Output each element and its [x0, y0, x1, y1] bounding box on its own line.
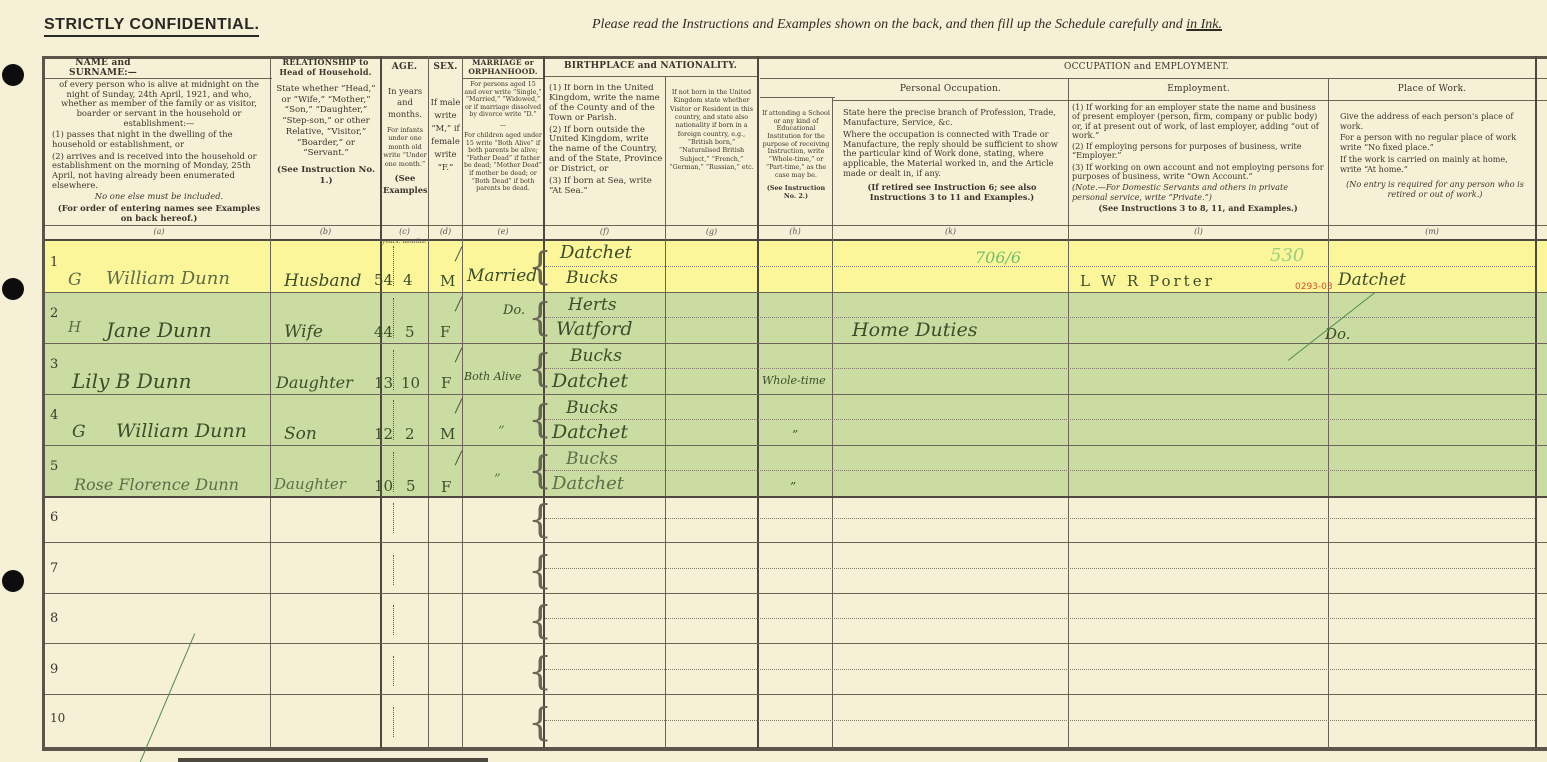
row-number: 9 — [50, 662, 58, 677]
row-divider — [45, 394, 1547, 395]
form-instruction: Please read the Instructions and Example… — [592, 17, 1222, 33]
marital-status: Married — [467, 266, 537, 286]
column-letter: (k) — [833, 227, 1068, 236]
marital-status: ” — [494, 472, 501, 487]
birthplace-town: Datchet — [552, 421, 628, 443]
age-years: 44 — [374, 323, 393, 341]
age-separator — [393, 656, 394, 686]
age-separator — [393, 452, 394, 492]
divider — [462, 56, 463, 748]
form-title: STRICTLY CONFIDENTIAL. — [44, 16, 259, 37]
column-instructions-employment: (1) If working for an employer state the… — [1072, 103, 1324, 224]
punch-hole — [2, 278, 24, 300]
marital-status: Do. — [503, 303, 525, 318]
birthplace-county: Herts — [568, 295, 617, 315]
row-number: 3 — [50, 357, 58, 372]
row-divider — [45, 496, 1547, 498]
column-header-age: AGE. — [381, 57, 428, 78]
school-attendance: Whole-time — [762, 374, 826, 387]
divider — [757, 56, 759, 748]
occupation-code: 706/6 — [975, 248, 1021, 267]
age-months: 5 — [405, 323, 415, 341]
relationship: Daughter — [276, 373, 353, 392]
marital-status: ” — [498, 424, 505, 439]
row-number: 8 — [50, 611, 58, 626]
row-subdivider — [545, 317, 1535, 318]
divider — [380, 56, 382, 748]
divider — [45, 78, 272, 79]
person-name: William Dunn — [116, 420, 247, 442]
person-name: Lily B Dunn — [72, 369, 191, 393]
column-letter: (m) — [1329, 227, 1535, 236]
relationship: Husband — [284, 271, 361, 291]
place-of-work: Datchet — [1338, 270, 1406, 290]
column-instructions-nationality: If not born in the United Kingdom state … — [667, 88, 756, 224]
row-divider — [45, 593, 1547, 594]
punch-hole — [2, 570, 24, 592]
relationship: Daughter — [274, 475, 346, 493]
age-months: 5 — [406, 477, 416, 495]
age-years: 13 — [374, 374, 393, 392]
school-attendance: ” — [792, 428, 798, 442]
column-letter: (l) — [1069, 227, 1328, 236]
divider — [1535, 56, 1537, 748]
row-number: 2 — [50, 306, 58, 321]
column-header-sex: SEX. — [429, 57, 462, 78]
column-letter: (c) — [381, 227, 428, 236]
column-letter: (d) — [429, 227, 462, 236]
sex: F — [441, 374, 451, 392]
name-prefix-mark: G — [72, 422, 86, 442]
column-header-relationship: RELATIONSHIP to Head of Household. — [271, 57, 380, 78]
column-header-marriage: MARRIAGE or ORPHANHOOD. — [463, 57, 543, 78]
brace: { — [528, 601, 552, 639]
age-years: 10 — [374, 477, 393, 495]
row-subdivider — [545, 518, 1535, 519]
column-instructions-marriage: For persons aged 15 and over write “Sing… — [464, 81, 542, 224]
divider — [178, 758, 488, 762]
row-divider — [45, 445, 1547, 446]
sex: M — [440, 425, 455, 443]
birthplace-county: Bucks — [566, 268, 618, 288]
brace: { — [528, 703, 552, 741]
marital-status: Both Alive — [464, 370, 521, 383]
column-letter: (h) — [758, 227, 832, 236]
column-instructions-relationship: State whether “Head,” or “Wife,” “Mother… — [274, 84, 378, 224]
age-months: 4 — [403, 271, 413, 289]
row-subdivider — [545, 266, 1535, 267]
divider — [462, 78, 545, 79]
relationship: Wife — [284, 322, 323, 342]
column-letter: (g) — [666, 227, 757, 236]
row-subdivider — [545, 618, 1535, 619]
row-number: 6 — [50, 510, 58, 525]
column-letter: (f) — [544, 227, 665, 236]
row-number: 4 — [50, 408, 58, 423]
divider — [1068, 78, 1069, 748]
birthplace-town: Datchet — [552, 473, 624, 494]
age-separator — [393, 503, 394, 533]
brace: { — [528, 500, 552, 538]
person-name: Jane Dunn — [106, 318, 212, 342]
sex: F — [440, 323, 450, 341]
column-header-employment: Employment. — [1069, 79, 1328, 100]
birthplace-town: Datchet — [552, 370, 628, 392]
divider — [1328, 78, 1329, 748]
person-name: William Dunn — [106, 268, 230, 289]
divider — [832, 100, 1547, 101]
sex: F — [441, 478, 451, 496]
row-number: 5 — [50, 459, 58, 474]
person-name: Rose Florence Dunn — [74, 475, 239, 494]
divider — [270, 56, 271, 748]
age-separator — [393, 707, 394, 737]
age-months: 2 — [405, 425, 415, 443]
row-divider — [45, 343, 1547, 344]
birthplace-county: Bucks — [570, 346, 622, 366]
column-instructions-birthplace-uk: (1) If born in the United Kingdom, write… — [549, 84, 663, 224]
column-header-name: NAME and SURNAME:— — [46, 58, 146, 78]
employer: L W R Porter — [1080, 272, 1215, 290]
name-prefix-mark: G — [68, 270, 82, 290]
age-separator — [393, 555, 394, 585]
row-number: 7 — [50, 561, 58, 576]
column-instructions-place-of-work: Give the address of each person's place … — [1340, 112, 1530, 224]
age-separator — [393, 400, 394, 440]
row-subdivider — [545, 419, 1535, 420]
age-years: 54 — [374, 271, 393, 289]
age-years: 12 — [374, 425, 393, 443]
brace: { — [528, 451, 552, 489]
divider — [42, 748, 1547, 751]
age-subheader: years. months. — [382, 238, 427, 245]
row-subdivider — [545, 470, 1535, 471]
employment-code: 530 — [1270, 245, 1304, 266]
row-divider — [45, 643, 1547, 644]
column-letter: (b) — [271, 227, 380, 236]
birthplace-town: Datchet — [560, 242, 632, 263]
divider — [545, 76, 759, 77]
birthplace-county: Bucks — [566, 449, 618, 469]
age-months: 10 — [401, 374, 420, 392]
age-separator — [393, 246, 394, 286]
sex: M — [440, 272, 455, 290]
divider — [832, 97, 833, 748]
row-subdivider — [545, 669, 1535, 670]
divider — [760, 97, 835, 98]
punch-hole — [2, 64, 24, 86]
brace: { — [528, 298, 552, 336]
brace: { — [528, 652, 552, 690]
age-separator — [393, 298, 394, 338]
brace: { — [528, 400, 552, 438]
name-prefix-mark: H — [68, 318, 81, 336]
divider — [665, 76, 666, 748]
column-header-place-of-work: Place of Work. — [1329, 79, 1535, 100]
row-subdivider — [545, 568, 1535, 569]
brace: { — [528, 551, 552, 589]
age-separator — [393, 605, 394, 635]
column-instructions-age: In years and months. For infants under o… — [383, 86, 427, 224]
divider — [428, 56, 429, 748]
column-header-personal-occupation: Personal Occupation. — [833, 79, 1068, 100]
row-divider — [45, 542, 1547, 543]
brace: { — [528, 349, 552, 387]
column-header-occupation-employment: OCCUPATION and EMPLOYMENT. — [758, 57, 1535, 78]
column-instructions-school: If attending a School or any kind of Edu… — [760, 110, 832, 224]
column-letter: (a) — [46, 227, 272, 236]
column-letter: (e) — [463, 227, 543, 236]
row-divider — [45, 694, 1547, 695]
school-attendance: ” — [790, 480, 796, 494]
column-instructions-sex: If male write “M,” if female write “F.” — [430, 96, 461, 206]
birthplace-town: Watford — [556, 318, 633, 340]
occupation: Home Duties — [852, 319, 978, 341]
row-subdivider — [545, 720, 1535, 721]
column-instructions-name: of every person who is alive at midnight… — [52, 80, 266, 224]
column-header-birthplace: BIRTHPLACE and NATIONALITY. — [544, 57, 757, 76]
row-divider — [45, 292, 1547, 293]
relationship: Son — [284, 424, 317, 444]
birthplace-county: Bucks — [566, 398, 618, 418]
employer-code: 0293-03 — [1295, 282, 1333, 292]
column-instructions-personal-occupation: State here the precise branch of Profess… — [843, 108, 1061, 224]
row-subdivider — [545, 368, 1535, 369]
row-number: 1 — [50, 255, 58, 270]
age-separator — [393, 350, 394, 390]
row-number: 10 — [50, 711, 65, 725]
